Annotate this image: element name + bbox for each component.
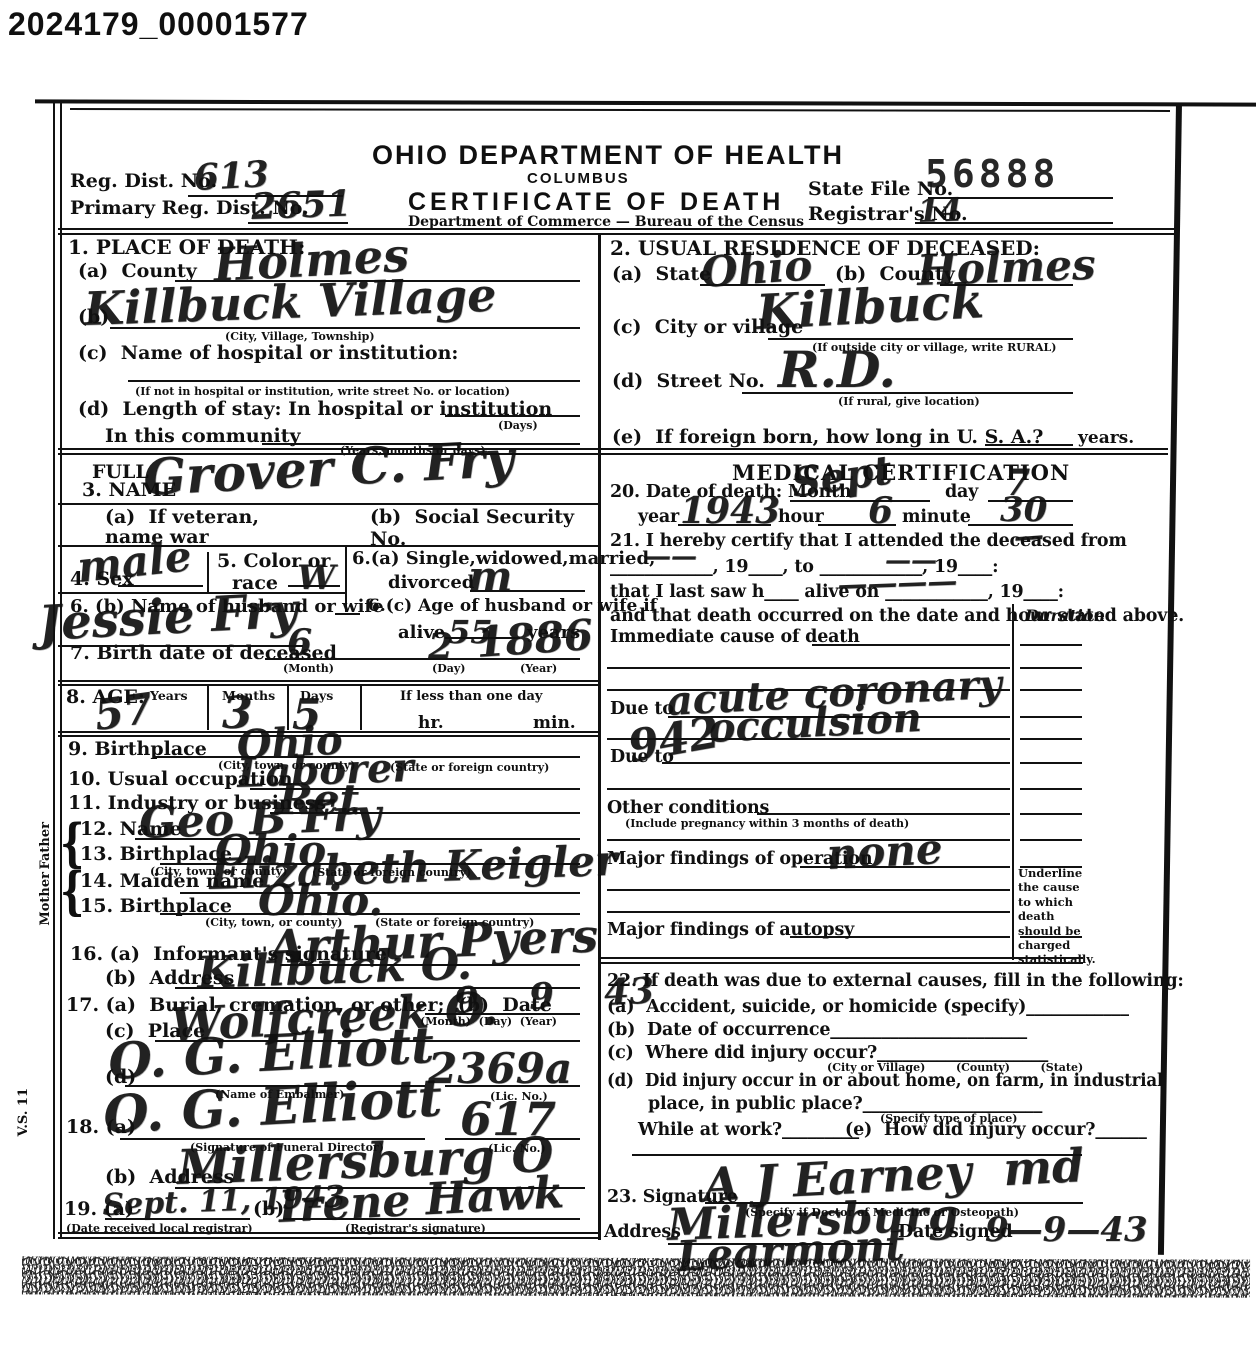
- rule: [607, 911, 1010, 913]
- birth-year-caption: (Year): [520, 662, 557, 675]
- foreign-born-suffix: years.: [1078, 430, 1134, 448]
- death-day-label: day: [945, 483, 978, 501]
- state-file-value: 56888: [925, 152, 1059, 196]
- rule: [790, 500, 930, 502]
- cell-rule: [207, 684, 209, 730]
- underline-cause-note: Underline the cause to which death shoul…: [1018, 866, 1096, 967]
- how-injury-label: (e) How did injury occur?______: [845, 1121, 1147, 1139]
- birth-day-caption: (Day): [432, 662, 465, 675]
- residence-state-label: (a) State: [612, 265, 711, 285]
- duration-cell-rule: [1020, 716, 1082, 718]
- duration-cell-rule: [1020, 738, 1082, 740]
- rule: [470, 590, 585, 592]
- street-no-caption: (If rural, give location): [838, 395, 980, 408]
- rule: [445, 415, 580, 417]
- rule: [118, 585, 203, 587]
- border-top-rule: [35, 99, 1256, 106]
- marital-label-2: divorced: [388, 574, 474, 593]
- dept-title: OHIO DEPARTMENT OF HEALTH: [372, 140, 844, 171]
- ssn-label: (b) Social Security: [370, 508, 574, 528]
- due-to-1-value-2: occulsion: [708, 694, 923, 752]
- rule: [678, 524, 771, 526]
- column-divider-rule: [598, 235, 601, 1240]
- rule: [445, 1085, 580, 1087]
- sex-value: male: [75, 531, 194, 592]
- certificate-title: CERTIFICATE OF DEATH: [408, 188, 784, 217]
- street-no-label: (d) Street No.: [612, 372, 765, 392]
- duration-cell-rule: [1020, 839, 1082, 841]
- date-signed-value: 9—9—43: [985, 1210, 1148, 1250]
- death-minute-label: minute: [902, 508, 971, 526]
- birthplace-caption-2: (State or foreign country): [390, 761, 549, 774]
- hospital-label: (c) Name of hospital or institution:: [78, 344, 458, 364]
- hospital-caption: (If not in hospital or institution, writ…: [135, 385, 510, 398]
- foreign-born-label: (e) If foreign born, how long in U. S. A…: [612, 428, 1043, 448]
- certify-scribble-4: ————: [837, 564, 958, 603]
- accident-suicide-label: (a) Accident, suicide, or homicide (spec…: [607, 998, 1129, 1016]
- certify-scribble-1: —: [1013, 518, 1045, 555]
- border-left-rule-2: [60, 103, 62, 1239]
- registrar-no-value: 14: [917, 190, 963, 230]
- injury-place-label: place, in public place?_________________…: [648, 1095, 1042, 1113]
- external-causes-heading: 22. If death was due to external causes,…: [607, 972, 1184, 990]
- scan-noise-band: [22, 1256, 1250, 1297]
- veteran-label: (a) If veteran,: [105, 508, 259, 528]
- rule: [283, 1218, 580, 1220]
- rule: [110, 327, 580, 329]
- border-top-rule-2: [70, 108, 1170, 112]
- age-years-label: Years: [150, 688, 188, 703]
- scanned-death-certificate: 2024179_00001577 V.S. 11 Reg. Dist. No. …: [0, 0, 1256, 1364]
- bureau-subtitle: Department of Commerce — Bureau of the C…: [408, 215, 804, 230]
- certify-scribble-2: ——: [645, 542, 697, 572]
- duration-cell-rule: [1020, 936, 1082, 938]
- duration-heading: Duration: [1025, 608, 1105, 625]
- duration-cell-rule: [1020, 689, 1082, 691]
- duration-cell-rule: [1020, 788, 1082, 790]
- duration-cell-rule: [1020, 667, 1082, 669]
- columbus-subtitle: COLUMBUS: [527, 170, 630, 187]
- duration-column-rule: [1012, 604, 1014, 960]
- rule: [335, 613, 360, 615]
- rule: [800, 866, 1010, 868]
- rule: [600, 962, 1083, 964]
- where-injury-label: (c) Where did injury occur?_____________…: [607, 1044, 1048, 1062]
- other-conditions-label: Other conditions: [607, 799, 769, 817]
- operation-findings-value: none: [825, 824, 943, 879]
- age-less-than-day-label: If less than one day: [400, 689, 542, 704]
- rule: [812, 644, 1010, 646]
- mother-side-label: Mother: [38, 872, 53, 926]
- rule: [742, 392, 1073, 394]
- registrar-signature-caption: (Registrar's signature): [345, 1222, 486, 1235]
- rule: [105, 1218, 250, 1220]
- marital-value: m: [468, 552, 512, 601]
- duration-cell-rule: [1020, 813, 1082, 815]
- rule: [265, 658, 580, 660]
- rule: [818, 524, 896, 526]
- death-hour-label: hour: [778, 508, 824, 526]
- father-side-label: Father: [38, 822, 53, 870]
- rule: [248, 222, 348, 224]
- birth-month-caption: (Month): [283, 662, 334, 675]
- date-of-occurrence-label: (b) Date of occurrence__________________…: [607, 1021, 1027, 1039]
- margin-form-number: V.S. 11: [16, 1088, 31, 1136]
- rule: [607, 839, 1010, 841]
- rule: [58, 503, 598, 505]
- while-at-work-label: While at work?_________: [638, 1121, 859, 1139]
- bottom-rule-2: [58, 1237, 598, 1239]
- rule: [757, 813, 1010, 815]
- rule: [662, 762, 1010, 764]
- scan-id: 2024179_00001577: [8, 6, 309, 43]
- rule: [128, 380, 580, 382]
- rule: [58, 680, 598, 682]
- date-received-caption: (Date received local registrar): [66, 1222, 253, 1235]
- border-left-rule: [53, 103, 55, 1239]
- rule: [915, 222, 1113, 224]
- race-value: W: [297, 558, 335, 598]
- rule: [985, 444, 1073, 446]
- duration-cell-rule: [1020, 644, 1082, 646]
- rule: [607, 889, 1010, 891]
- cell-rule: [360, 684, 362, 730]
- death-year-label: year: [638, 508, 679, 526]
- rule: [607, 788, 1010, 790]
- rule: [790, 936, 1010, 938]
- rule: [600, 957, 1083, 959]
- cell-rule: [207, 552, 209, 592]
- residence-city-value: Killbuck: [755, 273, 985, 341]
- injury-home-farm-label: (d) Did injury occur in or about home, o…: [607, 1072, 1163, 1090]
- street-no-value: R.D.: [778, 340, 896, 399]
- duration-cell-rule: [1020, 762, 1082, 764]
